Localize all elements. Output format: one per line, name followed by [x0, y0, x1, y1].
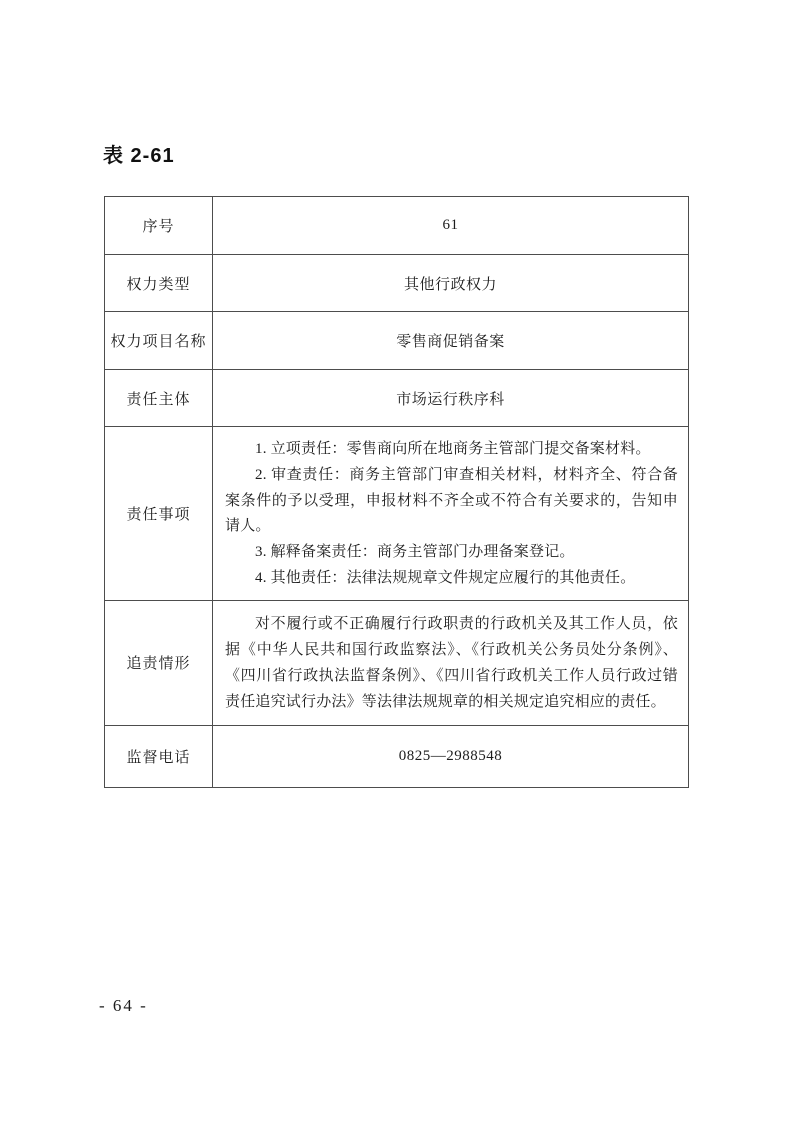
paragraph: 3. 解释备案责任：商务主管部门办理备案登记。	[225, 540, 678, 566]
row-value: 市场运行秩序科	[213, 370, 689, 427]
table-caption: 表 2-61	[103, 139, 175, 168]
row-label: 追责情形	[105, 600, 213, 725]
row-label: 责任事项	[105, 427, 213, 601]
row-label: 权力项目名称	[105, 312, 213, 370]
row-label: 序号	[105, 197, 213, 255]
row-value: 其他行政权力	[213, 255, 689, 312]
table-row-responsible-body: 责任主体 市场运行秩序科	[105, 370, 689, 427]
table-row-supervision-phone: 监督电话 0825—2988548	[105, 725, 689, 787]
table-row-accountability-situations: 追责情形 对不履行或不正确履行行政职责的行政机关及其工作人员，依据《中华人民共和…	[105, 600, 689, 725]
row-value: 对不履行或不正确履行行政职责的行政机关及其工作人员，依据《中华人民共和国行政监察…	[213, 600, 689, 725]
table-row-responsibility-items: 责任事项 1. 立项责任：零售商向所在地商务主管部门提交备案材料。 2. 审查责…	[105, 427, 689, 601]
table-row-power-item-name: 权力项目名称 零售商促销备案	[105, 312, 689, 370]
info-table: 序号 61 权力类型 其他行政权力 权力项目名称 零售商促销备案 责任主体 市场…	[104, 196, 689, 788]
paragraph: 1. 立项责任：零售商向所在地商务主管部门提交备案材料。	[225, 437, 678, 463]
row-label: 责任主体	[105, 370, 213, 427]
table-row-serial-number: 序号 61	[105, 197, 689, 255]
row-value: 0825—2988548	[213, 725, 689, 787]
table-row-power-type: 权力类型 其他行政权力	[105, 255, 689, 312]
row-value: 1. 立项责任：零售商向所在地商务主管部门提交备案材料。 2. 审查责任：商务主…	[213, 427, 689, 601]
row-label: 权力类型	[105, 255, 213, 312]
paragraph: 4. 其他责任：法律法规规章文件规定应履行的其他责任。	[225, 566, 678, 592]
row-value: 零售商促销备案	[213, 312, 689, 370]
paragraph: 对不履行或不正确履行行政职责的行政机关及其工作人员，依据《中华人民共和国行政监察…	[225, 612, 678, 715]
row-label: 监督电话	[105, 725, 213, 787]
document-page: 表 2-61 序号 61 权力类型 其他行政权力 权力项目名称 零售商促销备案 …	[0, 0, 793, 1122]
paragraph: 2. 审查责任：商务主管部门审查相关材料，材料齐全、符合备案条件的予以受理，申报…	[225, 463, 678, 540]
page-number: - 64 -	[99, 996, 148, 1016]
row-value: 61	[213, 197, 689, 255]
